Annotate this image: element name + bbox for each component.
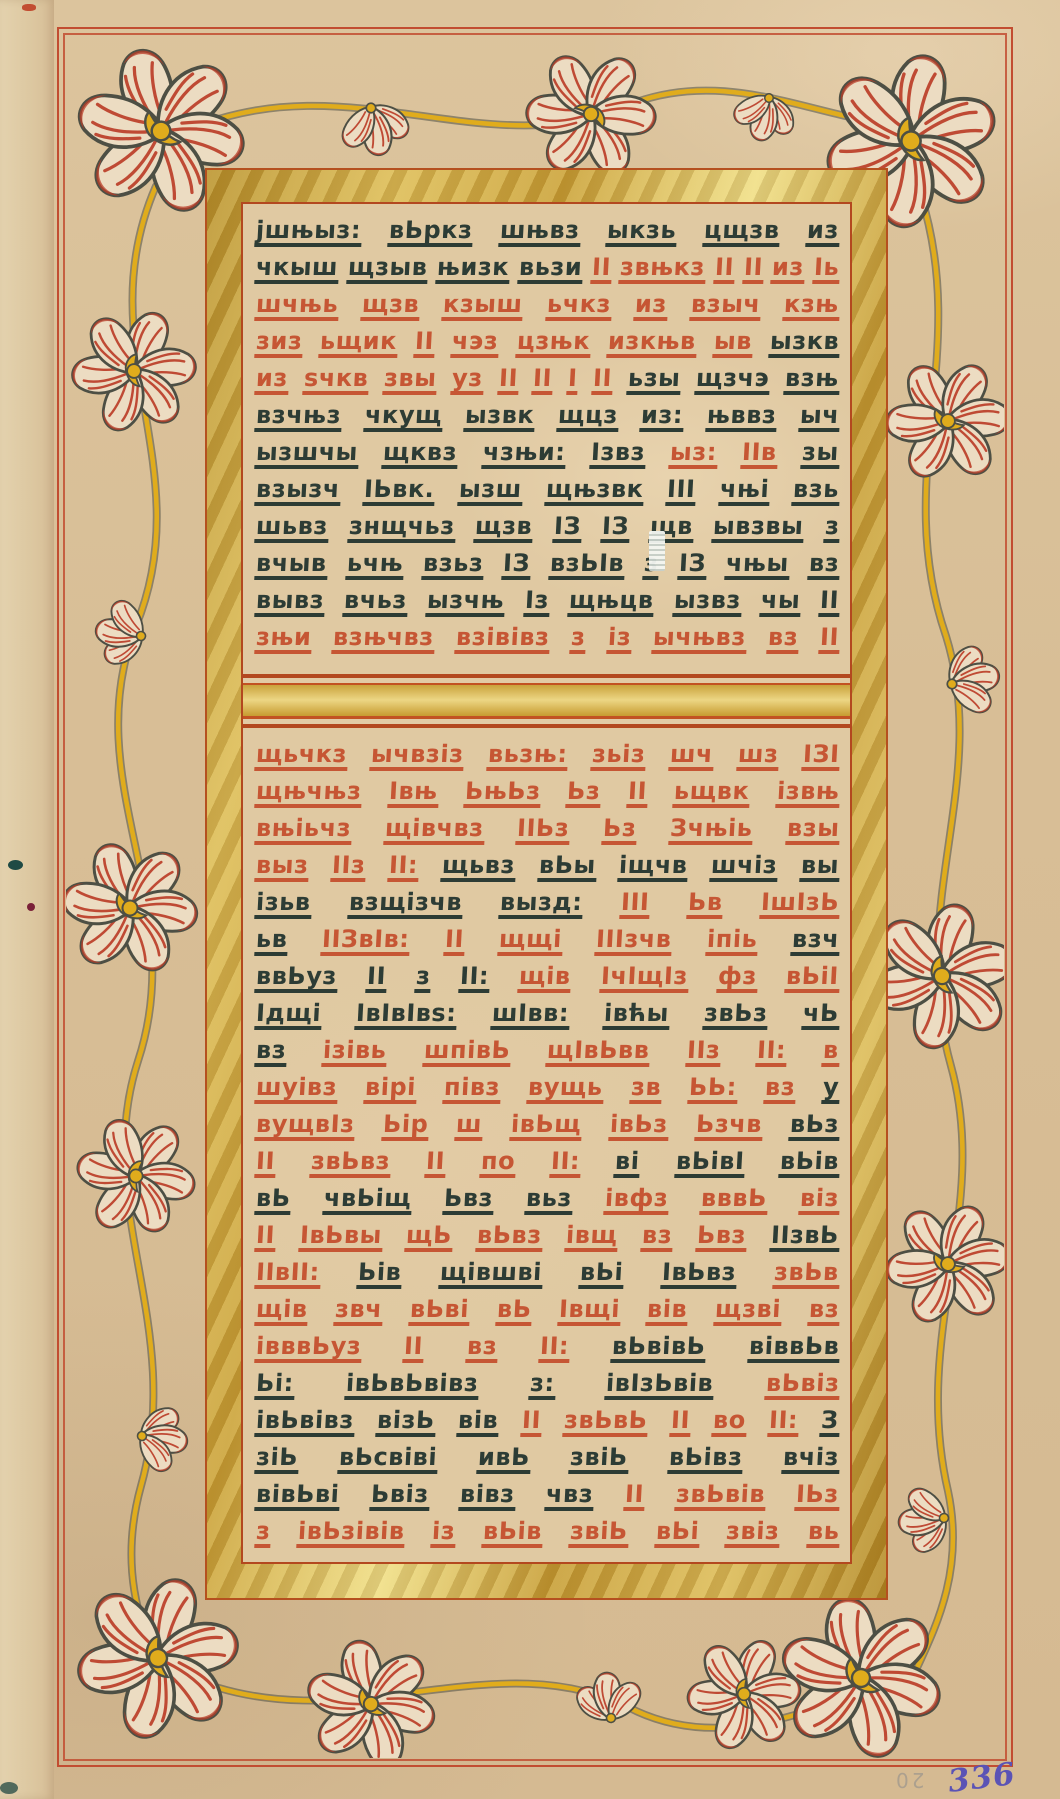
manuscript-word: ЬЬ: bbox=[687, 1074, 738, 1104]
manuscript-word: звіз bbox=[725, 1518, 782, 1548]
manuscript-word: взьз bbox=[421, 550, 485, 580]
manuscript-text-line: взчњзчкущызвкщцзиз:њввзыч bbox=[255, 399, 840, 432]
manuscript-word: взњ bbox=[784, 365, 841, 395]
manuscript-word: щьвз bbox=[440, 852, 516, 882]
manuscript-word: фз bbox=[716, 963, 758, 993]
manuscript-word: звіЬ bbox=[568, 1518, 629, 1548]
manuscript-word: ІІ bbox=[254, 1148, 276, 1178]
manuscript-word: івЬщ bbox=[509, 1111, 583, 1141]
manuscript-word: њввз bbox=[705, 402, 778, 432]
manuscript-word: іпіь bbox=[705, 926, 759, 956]
manuscript-word: взч bbox=[790, 926, 841, 956]
manuscript-word: ІІ bbox=[520, 1407, 542, 1437]
manuscript-text-line: ізьввзщізчввызд:ІІІЬвІшІзЬ bbox=[255, 886, 840, 919]
manuscript-word: щів bbox=[517, 963, 572, 993]
manuscript-word: ІІ bbox=[365, 963, 387, 993]
manuscript-word: вЬсвіві bbox=[337, 1444, 439, 1474]
manuscript-word: віз bbox=[798, 1185, 840, 1215]
manuscript-word: Ьзчв bbox=[694, 1111, 763, 1141]
manuscript-word: Із bbox=[523, 587, 550, 617]
manuscript-word: шчњь bbox=[254, 291, 340, 321]
manuscript-word: ыз: bbox=[668, 439, 718, 469]
manuscript-word: ычњвз bbox=[651, 624, 747, 654]
manuscript-word: вЬіІ bbox=[785, 963, 841, 993]
manuscript-word: из bbox=[633, 291, 668, 321]
manuscript-word: вь bbox=[806, 1518, 841, 1548]
manuscript-word: вЬ bbox=[495, 1296, 533, 1326]
manuscript-word: івввЬуз bbox=[254, 1333, 363, 1363]
manuscript-word: зьіз bbox=[591, 741, 648, 771]
manuscript-word: ІІІзчв bbox=[594, 926, 673, 956]
manuscript-word: Ьвіз bbox=[369, 1481, 430, 1511]
manuscript-word: щьчкз bbox=[254, 741, 348, 771]
manuscript-word: II bbox=[626, 778, 648, 808]
manuscript-word: чвз bbox=[545, 1481, 596, 1511]
manuscript-word: из bbox=[770, 254, 805, 284]
manuscript-word: щщі bbox=[497, 926, 563, 956]
manuscript-word: вз bbox=[465, 1333, 499, 1363]
manuscript-word: зв bbox=[629, 1074, 663, 1104]
manuscript-word: ІІ: bbox=[549, 1148, 582, 1178]
manuscript-word: из bbox=[254, 365, 289, 395]
manuscript-word: II bbox=[818, 624, 840, 654]
manuscript-word: ІІ: bbox=[387, 852, 420, 882]
manuscript-word: ІЬз bbox=[794, 1481, 840, 1511]
manuscript-text-line: ызшчыщквзчзњи:Ізвзыз:IIвзы bbox=[255, 436, 840, 469]
manuscript-word: ІІз bbox=[330, 852, 367, 882]
manuscript-word: чЬ bbox=[801, 1000, 840, 1030]
manuscript-word: вущвІз bbox=[254, 1111, 356, 1141]
manuscript-word: ІІ bbox=[669, 1407, 691, 1437]
manuscript-word: вЬівз bbox=[667, 1444, 744, 1474]
manuscript-word: ІЗ bbox=[552, 513, 583, 543]
manuscript-word: чэз bbox=[451, 328, 501, 358]
manuscript-word: цзњк bbox=[515, 328, 592, 358]
manuscript-word: Ьвз bbox=[442, 1185, 495, 1215]
manuscript-word: щівшві bbox=[438, 1259, 543, 1289]
manuscript-word: ІЗ bbox=[501, 550, 532, 580]
manuscript-word: візЬ bbox=[375, 1407, 436, 1437]
manuscript-word: ІІ: bbox=[755, 1037, 788, 1067]
manuscript-word: II bbox=[713, 254, 735, 284]
manuscript-word: взы bbox=[785, 815, 841, 845]
manuscript-word: вів bbox=[456, 1407, 500, 1437]
manuscript-word: віввЬв bbox=[747, 1333, 841, 1363]
manuscript-word: щів bbox=[254, 1296, 309, 1326]
manuscript-word: вущь bbox=[526, 1074, 604, 1104]
manuscript-word: Ьвз bbox=[696, 1222, 749, 1252]
manuscript-word: взЬІв bbox=[549, 550, 627, 580]
manuscript-word: щцз bbox=[556, 402, 619, 432]
manuscript-word: Ідщі bbox=[254, 1000, 323, 1030]
manuscript-word: изкњв bbox=[606, 328, 697, 358]
manuscript-text-line: зіЬвЬсвівіивЬзвіЬвЬівзвчіз bbox=[255, 1441, 840, 1474]
manuscript-word: у bbox=[821, 1074, 841, 1104]
manuscript-text-line: вывзвчьзызчњІзщњцвызвзчыII bbox=[255, 584, 840, 617]
manuscript-word: вз bbox=[763, 1074, 797, 1104]
manuscript-word: ІІЬз bbox=[515, 815, 571, 845]
manuscript-word: вз bbox=[807, 550, 841, 580]
manuscript-word: ІІ bbox=[254, 1222, 276, 1252]
manuscript-word: вЬів bbox=[482, 1518, 544, 1548]
manuscript-word: Ьв bbox=[686, 889, 724, 919]
manuscript-word: ызкв bbox=[768, 328, 841, 358]
manuscript-word: щњзвк bbox=[544, 476, 645, 506]
manuscript-word: ывзвы bbox=[712, 513, 806, 543]
manuscript-word: півз bbox=[442, 1074, 502, 1104]
ink-speck bbox=[27, 903, 35, 911]
text-panel-upper: јшњыз:вЬркзшњвзыкзьцщзвизчкышщзывњизквьз… bbox=[243, 204, 850, 674]
manuscript-word: івЬвЬвівз bbox=[344, 1370, 480, 1400]
manuscript-text-line: ІІвІІ:ЬівщівшвівЬіІвЬвззвЬв bbox=[255, 1256, 840, 1289]
manuscript-word: вьзњ: bbox=[487, 741, 570, 771]
manuscript-text-line: щівзвчвЬвівЬІвщівівщзвівз bbox=[255, 1293, 840, 1326]
manuscript-text-line: івЬвівзвізЬвівІІзвЬвЬІІвоІІ:З bbox=[255, 1404, 840, 1437]
manuscript-word: Івщі bbox=[557, 1296, 621, 1326]
manuscript-text-line: ІІІвЬвыщЬвЬвзівщвзЬвзІІзвЬ bbox=[255, 1219, 840, 1252]
manuscript-text-line: зівЬзівівізвЬівзвіЬвЬізвізвь bbox=[255, 1515, 840, 1548]
manuscript-word: II bbox=[443, 926, 465, 956]
manuscript-word: цщзв bbox=[702, 217, 781, 247]
manuscript-word: выз bbox=[254, 852, 310, 882]
manuscript-word: щзчэ bbox=[695, 365, 772, 395]
manuscript-word: ІІ: bbox=[767, 1407, 800, 1437]
manuscript-word: ыч bbox=[798, 402, 841, 432]
manuscript-text-line: вчывьчњвзьзІЗвзЬІвзІЗчњывз bbox=[255, 547, 840, 580]
ink-speck bbox=[8, 860, 23, 870]
manuscript-word: іщчв bbox=[617, 852, 689, 882]
manuscript-word: ІІІ bbox=[619, 889, 651, 919]
manuscript-word: кзыш bbox=[442, 291, 525, 321]
manuscript-word: вњіьчз bbox=[254, 815, 353, 845]
manuscript-word: вввЬ bbox=[699, 1185, 768, 1215]
manuscript-word: ьв bbox=[254, 926, 289, 956]
manuscript-word: звы bbox=[382, 365, 438, 395]
manuscript-text-line: ьвІІЗвІв:IIщщіІІІзчвіпіьвзч bbox=[255, 923, 840, 956]
manuscript-text-line: шьвззнщчьзщзвІЗІЗщвывзвыз bbox=[255, 510, 840, 543]
manuscript-word: знщчьз bbox=[347, 513, 456, 543]
manuscript-word: звЬвів bbox=[674, 1481, 767, 1511]
manuscript-word: ьщвк bbox=[672, 778, 751, 808]
manuscript-word: ізьв bbox=[254, 889, 312, 919]
manuscript-text-line: јшњыз:вЬркзшњвзыкзьцщзвиз bbox=[255, 214, 840, 247]
manuscript-word: во bbox=[711, 1407, 747, 1437]
manuscript-word: з: bbox=[528, 1370, 556, 1400]
manuscript-word: II bbox=[742, 254, 764, 284]
manuscript-word: вьз bbox=[524, 1185, 573, 1215]
manuscript-text-line: вущвІзЬіршівЬщівЬзЬзчввЬз bbox=[255, 1108, 840, 1141]
manuscript-word: шьвз bbox=[254, 513, 329, 543]
manuscript-text-line: шуівзвіріпівзвущьзвЬЬ:взу bbox=[255, 1071, 840, 1104]
manuscript-word: ІшІзЬ bbox=[759, 889, 841, 919]
manuscript-word: чвЬіщ bbox=[322, 1185, 413, 1215]
manuscript-word: по bbox=[479, 1148, 517, 1178]
ink-speck bbox=[22, 4, 36, 11]
manuscript-word: ІчІщІз bbox=[599, 963, 689, 993]
manuscript-text-line: щњчњзІвњЬњЬзЬзIIьщвкізвњ bbox=[255, 775, 840, 808]
manuscript-text-line: шчњьщзвкзышьчкзизвзычкзњ bbox=[255, 288, 840, 321]
manuscript-word: щЬ bbox=[404, 1222, 453, 1252]
manuscript-word: вчіз bbox=[781, 1444, 840, 1474]
manuscript-word: вівз bbox=[458, 1481, 516, 1511]
manuscript-word: II bbox=[818, 587, 840, 617]
manuscript-word: вз bbox=[254, 1037, 288, 1067]
manuscript-word: из: bbox=[640, 402, 685, 432]
manuscript-word: ІІзвЬ bbox=[769, 1222, 840, 1252]
manuscript-word: ві bbox=[614, 1148, 642, 1178]
manuscript-word: Ьір bbox=[381, 1111, 430, 1141]
manuscript-word: вз bbox=[766, 624, 800, 654]
manuscript-word: в bbox=[821, 1037, 840, 1067]
manuscript-word: јшњыз: bbox=[254, 217, 362, 247]
manuscript-word: II bbox=[414, 328, 436, 358]
manuscript-word: івщ bbox=[564, 1222, 619, 1252]
ink-speck bbox=[0, 1782, 18, 1794]
manuscript-word: івЬз bbox=[608, 1111, 669, 1141]
manuscript-word: чкыш bbox=[254, 254, 340, 284]
manuscript-word: Івњ bbox=[387, 778, 439, 808]
manuscript-word: щІвЬвв bbox=[545, 1037, 651, 1067]
manuscript-word: ЬњЬз bbox=[463, 778, 542, 808]
manuscript-word: взь bbox=[791, 476, 840, 506]
manuscript-word: З bbox=[820, 1407, 841, 1437]
manuscript-word: івІзЬвів bbox=[605, 1370, 716, 1400]
manuscript-word: ввЬуз bbox=[254, 963, 338, 993]
manuscript-word: взњчвз bbox=[331, 624, 435, 654]
manuscript-word: ивЬ bbox=[476, 1444, 531, 1474]
manuscript-text-line: чкышщзывњизквьзиIIзвњкзIIIIизIь bbox=[255, 251, 840, 284]
folio-number-annotation: 336 bbox=[946, 1756, 1018, 1799]
manuscript-word: вЬркз bbox=[387, 217, 474, 247]
manuscript-text-line: взызчІЬвк.ызшщњзвкІІІчњівзь bbox=[255, 473, 840, 506]
manuscript-word: ІІз bbox=[685, 1037, 722, 1067]
manuscript-word: вьзи bbox=[517, 254, 584, 284]
manuscript-word: шуівз bbox=[254, 1074, 339, 1104]
manuscript-word: вы bbox=[799, 852, 840, 882]
manuscript-word: чњі bbox=[718, 476, 771, 506]
manuscript-word: щівчвз bbox=[383, 815, 485, 845]
manuscript-word: Ьів bbox=[356, 1259, 403, 1289]
manuscript-word: ІІЗвІв: bbox=[321, 926, 412, 956]
panel-divider bbox=[243, 674, 850, 728]
manuscript-word: из bbox=[805, 217, 840, 247]
manuscript-word: ш bbox=[455, 1111, 485, 1141]
manuscript-word: ѕчкв bbox=[302, 365, 370, 395]
manuscript-word: звњкз bbox=[619, 254, 707, 284]
manuscript-word: ІІ bbox=[424, 1148, 446, 1178]
manuscript-word: вывз bbox=[254, 587, 326, 617]
manuscript-page: јшњыз:вЬркзшњвзыкзьцщзвизчкышщзывњизквьз… bbox=[0, 0, 1060, 1799]
manuscript-word: ІвІвІвѕ: bbox=[355, 1000, 459, 1030]
manuscript-word: звЬв bbox=[773, 1259, 841, 1289]
manuscript-word: із bbox=[431, 1518, 458, 1548]
correction-patch bbox=[649, 531, 665, 571]
manuscript-word: ызш bbox=[457, 476, 523, 506]
manuscript-word: ІвЬвы bbox=[298, 1222, 383, 1252]
manuscript-word: ІвЬвз bbox=[660, 1259, 738, 1289]
manuscript-word: II bbox=[590, 254, 612, 284]
manuscript-word: IIв bbox=[740, 439, 778, 469]
manuscript-word: ызвк bbox=[463, 402, 536, 432]
manuscript-text-line: щьчкзычвзізвьзњ:зьізшчшзІЗІ bbox=[255, 738, 840, 771]
manuscript-word: ьчњ bbox=[345, 550, 405, 580]
manuscript-word: шчіз bbox=[709, 852, 779, 882]
manuscript-text-line: Ьі:івЬвЬвівзз:івІзЬвіввЬвіз bbox=[255, 1367, 840, 1400]
manuscript-word: звіЬ bbox=[569, 1444, 630, 1474]
manuscript-word: з bbox=[570, 624, 588, 654]
text-block: јшњыз:вЬркзшњвзыкзьцщзвизчкышщзывњизквьз… bbox=[241, 202, 852, 1564]
manuscript-word: щзв bbox=[360, 291, 421, 321]
manuscript-word: вЬз bbox=[788, 1111, 841, 1141]
manuscript-word: Ьі: bbox=[254, 1370, 295, 1400]
manuscript-word: ІЗ bbox=[677, 550, 708, 580]
manuscript-text-line: івввЬузІІвзІІ:вЬвівЬвіввЬв bbox=[255, 1330, 840, 1363]
manuscript-word: ІЬвк. bbox=[362, 476, 436, 506]
manuscript-word: вЬвіз bbox=[764, 1370, 841, 1400]
manuscript-word: зњи bbox=[254, 624, 313, 654]
manuscript-word: шІвв: bbox=[490, 1000, 570, 1030]
manuscript-word: шз bbox=[736, 741, 780, 771]
manuscript-word: вз bbox=[641, 1222, 675, 1252]
manuscript-word: чкущ bbox=[363, 402, 444, 432]
manuscript-word: взчњз bbox=[254, 402, 343, 432]
manuscript-word: вЬів bbox=[778, 1148, 840, 1178]
manuscript-word: із bbox=[606, 624, 633, 654]
manuscript-text-line: вњіьчзщівчвзІІЬзЬзЗчњіьвзы bbox=[255, 812, 840, 845]
manuscript-word: ізвњ bbox=[775, 778, 841, 808]
manuscript-word: вЬі bbox=[654, 1518, 701, 1548]
manuscript-word: II bbox=[497, 365, 519, 395]
manuscript-text-line: зизьщикIIчэзцзњкизкњвывызкв bbox=[255, 325, 840, 358]
manuscript-word: івфз bbox=[603, 1185, 670, 1215]
manuscript-word: звЬвз bbox=[309, 1148, 392, 1178]
manuscript-word: ІІІ bbox=[665, 476, 697, 506]
manuscript-word: ьзы bbox=[626, 365, 682, 395]
manuscript-word: Iь bbox=[812, 254, 841, 284]
manuscript-word: II bbox=[531, 365, 553, 395]
gold-frame: јшњыз:вЬркзшњвзыкзьцщзвизчкышщзывњизквьз… bbox=[205, 168, 888, 1600]
manuscript-text-line: ІІзвЬвзІІпоІІ:вівЬівІвЬів bbox=[255, 1145, 840, 1178]
manuscript-word: вЬ bbox=[254, 1185, 292, 1215]
manuscript-word: уз bbox=[450, 365, 484, 395]
manuscript-word: шпівЬ bbox=[422, 1037, 512, 1067]
manuscript-word: ыкзь bbox=[605, 217, 678, 247]
manuscript-word: зиз bbox=[254, 328, 304, 358]
manuscript-word: I bbox=[566, 365, 579, 395]
manuscript-word: взызч bbox=[254, 476, 341, 506]
manuscript-word: звЬвЬ bbox=[562, 1407, 649, 1437]
manuscript-word: вірі bbox=[363, 1074, 417, 1104]
manuscript-text-line: изѕчквзвыузIIIIIIIьзыщзчэвзњ bbox=[255, 362, 840, 395]
manuscript-word: ІЗ bbox=[600, 513, 631, 543]
manuscript-word: щзв bbox=[474, 513, 535, 543]
manuscript-word: з bbox=[823, 513, 841, 543]
manuscript-word: вЬі bbox=[578, 1259, 625, 1289]
manuscript-text-line: вызІІзІІ:щьвзвЬыіщчвшчізвы bbox=[255, 849, 840, 882]
manuscript-word: ІЗІ bbox=[801, 741, 841, 771]
manuscript-word: щквз bbox=[382, 439, 460, 469]
manuscript-word: Ізвз bbox=[589, 439, 647, 469]
text-panel-lower: щьчкзычвзізвьзњ:зьізшчшзІЗІщњчњзІвњЬњЬзЬ… bbox=[243, 728, 850, 1562]
manuscript-word: ізівь bbox=[322, 1037, 389, 1067]
manuscript-word: кзњ bbox=[782, 291, 840, 321]
manuscript-word: ычвзіз bbox=[370, 741, 466, 771]
manuscript-word: вЬвівЬ bbox=[610, 1333, 707, 1363]
manuscript-word: ьчкз bbox=[545, 291, 612, 321]
manuscript-word: ІІ: bbox=[538, 1333, 571, 1363]
manuscript-word: ІІ: bbox=[458, 963, 491, 993]
manuscript-word: Ьз bbox=[601, 815, 638, 845]
manuscript-text-line: вівЬвіЬвізвівзчвзІІзвЬвівІЬз bbox=[255, 1478, 840, 1511]
manuscript-word: чы bbox=[759, 587, 802, 617]
manuscript-word: чњы bbox=[724, 550, 790, 580]
manuscript-text-line: вЬчвЬіщЬвзвьзівфзвввЬвіз bbox=[255, 1182, 840, 1215]
manuscript-word: івЬвівз bbox=[254, 1407, 355, 1437]
manuscript-word: івЬзівів bbox=[296, 1518, 406, 1548]
manuscript-word: щњцв bbox=[567, 587, 655, 617]
manuscript-text-line: взізівьшпівЬщІвЬввІІзІІ:в bbox=[255, 1034, 840, 1067]
manuscript-word: вівЬві bbox=[254, 1481, 341, 1511]
manuscript-word: вЬвз bbox=[475, 1222, 543, 1252]
manuscript-word: з bbox=[254, 1518, 272, 1548]
manuscript-word: звЬз bbox=[703, 1000, 770, 1030]
manuscript-word: вЬівІ bbox=[674, 1148, 746, 1178]
manuscript-word: зы bbox=[800, 439, 840, 469]
manuscript-text-line: зњивзњчвзвзівівззізычњвзвзII bbox=[255, 621, 840, 654]
manuscript-word: взівівз bbox=[454, 624, 551, 654]
deckle-edge bbox=[0, 0, 54, 1799]
manuscript-word: вчыв bbox=[254, 550, 328, 580]
manuscript-word: шњвз bbox=[498, 217, 581, 247]
manuscript-word: вызд: bbox=[499, 889, 585, 919]
manuscript-word: івћы bbox=[603, 1000, 671, 1030]
manuscript-word: з bbox=[414, 963, 432, 993]
manuscript-text-line: ІдщіІвІвІвѕ:шІвв:івћызвЬзчЬ bbox=[255, 997, 840, 1030]
manuscript-word: зіЬ bbox=[254, 1444, 300, 1474]
manuscript-word: ыв bbox=[712, 328, 753, 358]
manuscript-word: вз bbox=[807, 1296, 841, 1326]
manuscript-word: щзыв bbox=[346, 254, 429, 284]
manuscript-word: шч bbox=[668, 741, 715, 771]
manuscript-word: вЬві bbox=[408, 1296, 470, 1326]
manuscript-word: взщізчв bbox=[347, 889, 464, 919]
manuscript-word: вЬы bbox=[537, 852, 597, 882]
manuscript-word: вів bbox=[646, 1296, 690, 1326]
manuscript-word: Ьз bbox=[566, 778, 603, 808]
manuscript-word: чзњи: bbox=[481, 439, 567, 469]
manuscript-text-line: ввЬузІІзІІ:щівІчІщІзфзвЬіІ bbox=[255, 960, 840, 993]
manuscript-word: вчьз bbox=[343, 587, 409, 617]
pencil-annotation: 20 bbox=[893, 1768, 924, 1792]
manuscript-word: ьщик bbox=[319, 328, 399, 358]
manuscript-word: щзві bbox=[713, 1296, 782, 1326]
manuscript-word: ІІ bbox=[403, 1333, 425, 1363]
manuscript-word: ызшчы bbox=[254, 439, 359, 469]
manuscript-word: ызчњ bbox=[426, 587, 507, 617]
manuscript-word: ІІвІІ: bbox=[254, 1259, 321, 1289]
manuscript-word: њизк bbox=[435, 254, 511, 284]
manuscript-word: Зчњіь bbox=[669, 815, 755, 845]
manuscript-word: ызвз bbox=[672, 587, 742, 617]
manuscript-word: взыч bbox=[689, 291, 762, 321]
manuscript-word: щњчњз bbox=[254, 778, 363, 808]
manuscript-word: звч bbox=[333, 1296, 384, 1326]
manuscript-word: ІІ bbox=[623, 1481, 645, 1511]
manuscript-word: II bbox=[592, 365, 614, 395]
